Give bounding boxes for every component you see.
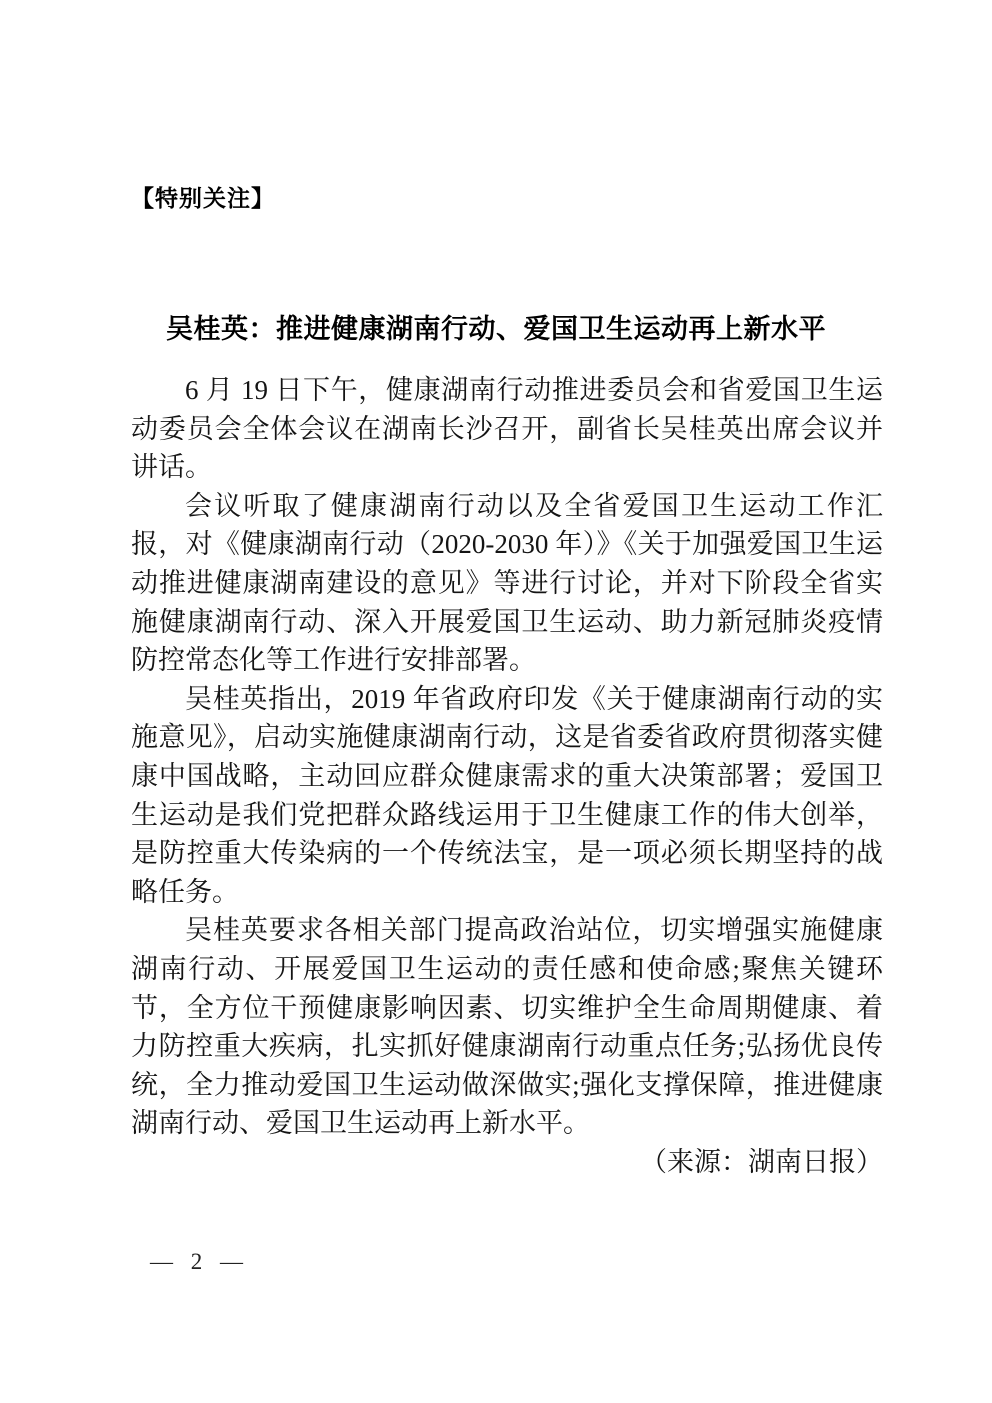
document-page: 【特别关注】 吴桂英：推进健康湖南行动、爱国卫生运动再上新水平 6 月 19 日…: [0, 0, 992, 1403]
section-header: 【特别关注】: [131, 180, 275, 213]
source-attribution: （来源：湖南日报）: [131, 1143, 883, 1182]
article-paragraph-2: 会议听取了健康湖南行动以及全省爱国卫生运动工作汇报，对《健康湖南行动（2020-…: [131, 487, 883, 680]
article-body: 6 月 19 日下午，健康湖南行动推进委员会和省爱国卫生运动委员会全体会议在湖南…: [131, 371, 883, 1181]
page-number: — 2 —: [150, 1249, 249, 1275]
article-paragraph-3: 吴桂英指出，2019 年省政府印发《关于健康湖南行动的实施意见》，启动实施健康湖…: [131, 680, 883, 912]
article-paragraph-1: 6 月 19 日下午，健康湖南行动推进委员会和省爱国卫生运动委员会全体会议在湖南…: [131, 371, 883, 487]
article-title: 吴桂英：推进健康湖南行动、爱国卫生运动再上新水平: [0, 307, 992, 346]
article-paragraph-4: 吴桂英要求各相关部门提高政治站位，切实增强实施健康湖南行动、开展爱国卫生运动的责…: [131, 911, 883, 1143]
